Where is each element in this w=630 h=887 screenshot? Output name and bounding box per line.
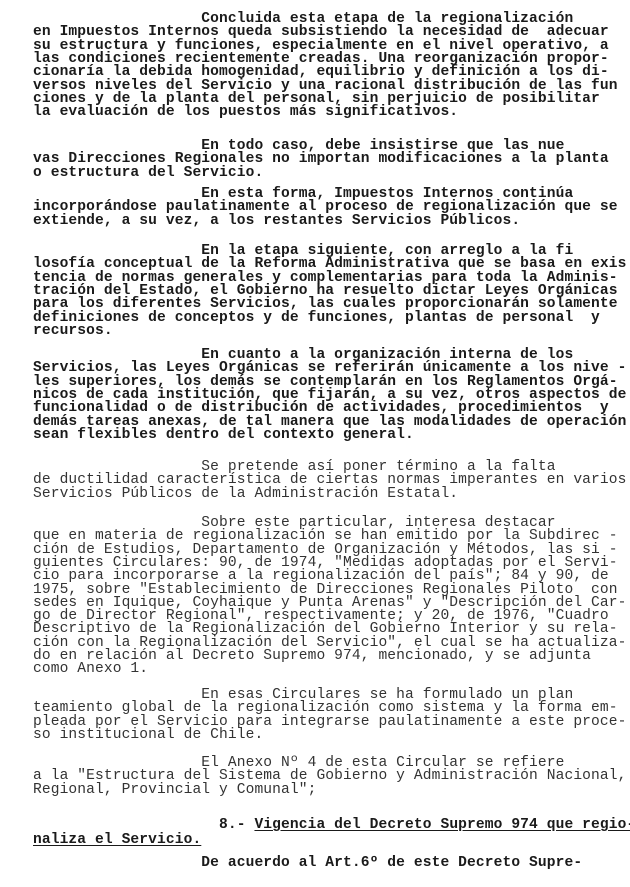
text-line: recursos. — [33, 324, 113, 338]
text-line: Regional, Provincial y Comunal"; — [33, 783, 316, 797]
section-number: 8.- — [219, 817, 254, 833]
text-line: la evaluación de los puestos más signifi… — [33, 105, 458, 119]
text-line: sean flexibles dentro del contexto gener… — [33, 428, 414, 442]
text-line: o estructura del Servicio. — [33, 166, 263, 180]
section-heading: 8.- Vigencia del Decreto Supremo 974 que… — [33, 818, 630, 832]
text-line: De acuerdo al Art.6º de este Decreto Sup… — [33, 856, 582, 870]
section-title-continued: naliza el Servicio. — [33, 832, 201, 848]
text-line: so institucional de Chile. — [33, 728, 263, 742]
text-line: Servicios Públicos de la Administración … — [33, 487, 458, 501]
text-line: como Anexo 1. — [33, 662, 148, 676]
document-page: Concluida esta etapa de la regionalizaci… — [0, 0, 630, 887]
section-heading-continued: naliza el Servicio. — [33, 833, 201, 847]
section-title: Vigencia del Decreto Supremo 974 que reg… — [254, 817, 630, 833]
text-line: extiende, a su vez, a los restantes Serv… — [33, 214, 520, 228]
text-line: definiciones de conceptos y de funciones… — [33, 311, 600, 325]
